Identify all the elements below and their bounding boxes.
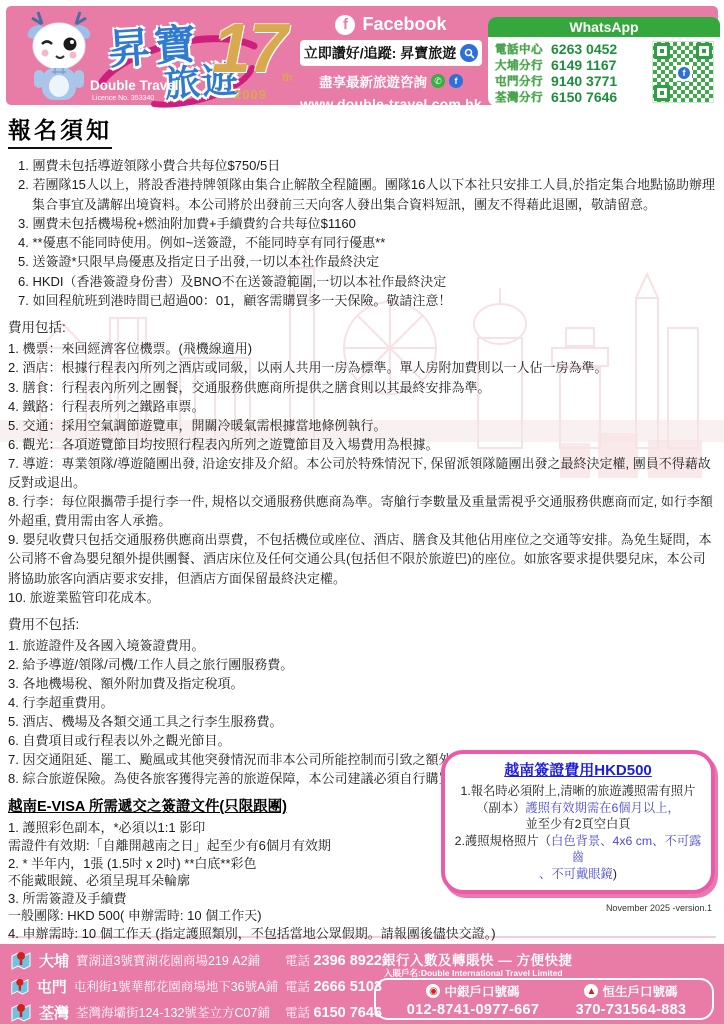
included-item: 1. 機票：來回經濟客位機票。(飛機線適用) — [8, 339, 716, 358]
visa-box-text: （副本） — [476, 801, 525, 815]
branch-phone: 電話 2666 5103 — [285, 977, 382, 995]
notice-item: 4. **優惠不能同時使用。例如~送簽證，不能同時享有同行優惠** — [18, 233, 716, 252]
facebook-tagline: 盡享最新旅遊咨詢 — [319, 71, 427, 91]
branch-phone-label: 電話 — [285, 980, 310, 994]
branch-phone-label: 電話 — [285, 1006, 310, 1020]
whatsapp-icon: ✆ — [431, 74, 445, 88]
bank-headline: 銀行入數及轉賬快 — 方便快捷 — [382, 949, 573, 969]
included-item: 4. 鐵路：行程表所列之鐵路車票。 — [8, 397, 716, 416]
page-title: 報名須知 — [8, 112, 112, 149]
evisa-line: 4. 申辦需時: 10 個工作天 (指定護照類別，不包括當地公眾假期。請報團後儘… — [8, 925, 708, 943]
boc-number: 012-8741-0977-667 — [398, 1002, 548, 1018]
facebook-follow-text: 立即讚好/追蹤: 昇寶旅遊 — [304, 43, 456, 63]
visa-box-text-blue: 、不可戴眼鏡 — [539, 867, 613, 881]
visa-box-text: ) — [613, 867, 617, 881]
whatsapp-row: 大埔分行 6149 1167 — [495, 57, 617, 73]
included-item: 6. 觀光：各項遊覽節目均按照行程表內所列之遊覽節目及入場費用為根據。 — [8, 435, 716, 454]
excluded-item: 2. 給予導遊/領隊/司機/工作人員之旅行團服務費。 — [8, 655, 716, 674]
whatsapp-row: 荃灣分行 6150 7646 — [495, 89, 617, 105]
visa-box-text: 1.報名時必須附上,清晰的旅遊護照需有照片 — [460, 784, 695, 798]
included-item: 2. 酒店：根據行程表內所列之酒店或同級，以兩人共用一房為標準。單人房附加費則以… — [8, 358, 716, 377]
facebook-follow-box: 立即讚好/追蹤: 昇寶旅遊 — [300, 40, 482, 66]
bank-accounts-box: ◉中銀戶口號碼 012-8741-0977-667 ▲恒生戶口號碼 370-73… — [374, 978, 714, 1020]
notice-item: 1. 團費未包括導遊領隊小費合共每位$750/5日 — [18, 156, 716, 175]
whatsapp-row: 屯門分行 9140 3771 — [495, 73, 617, 89]
evisa-line: 一般團隊: HKD 500( 申辦需時: 10 個工作天) — [8, 907, 440, 925]
included-item: 10. 旅遊業監管印花成本。 — [8, 588, 716, 607]
evisa-line: 不能戴眼鏡、必須呈現耳朵輪廓 — [8, 872, 440, 890]
boc-bank-icon: ◉ — [426, 984, 440, 998]
anniversary-number: 17 — [212, 8, 286, 88]
included-item: 8. 行李：每位限攜帶手提行李一件, 規格以交通服務供應商為準。寄艙行李數量及重… — [8, 492, 716, 530]
branch-phone-number: 2396 8922 — [313, 953, 382, 969]
evisa-line: 需證件有效期:「自離開越南之日」起至少有6個月有效期 — [8, 837, 440, 855]
visa-box-line: 並至少有2頁空白頁 — [453, 816, 703, 833]
qr-facebook-logo: f — [676, 65, 692, 81]
whatsapp-panel-title: WhatsApp — [488, 17, 720, 37]
logo-licence: Licence No. 353340 — [92, 95, 154, 102]
visa-box-text-blue: 白色背景、4x6 cm、不可露齒 — [551, 834, 701, 865]
website-url: www.double-travel.com.hk — [300, 96, 482, 112]
evisa-line: 3. 所需簽證及手續費 — [8, 890, 440, 908]
search-icon — [460, 44, 478, 62]
branch-phone: 電話 6150 7646 — [285, 1003, 382, 1021]
excluded-item: 3. 各地機場稅、額外附加費及指定稅項。 — [8, 674, 716, 693]
facebook-title: Facebook — [362, 14, 446, 35]
notice-item: 5. 送簽證*只限早鳥優惠及指定日子出發,一切以本社作最終決定 — [18, 252, 716, 271]
facebook-panel: f Facebook 立即讚好/追蹤: 昇寶旅遊 盡享最新旅遊咨詢 ✆ f ww… — [300, 14, 482, 112]
evisa-list: 1. 護照彩色副本，*必須以1:1 影印 需證件有效期:「自離開越南之日」起至少… — [8, 819, 440, 960]
included-item: 5. 交通：採用空氣調節遊覽車，開關冷暖氣需根據當地條例執行。 — [8, 416, 716, 435]
visa-box-text: 並至少有2頁空白頁 — [525, 817, 630, 831]
whatsapp-row-label: 荃灣分行 — [495, 89, 543, 105]
qr-finder-pattern — [654, 43, 670, 59]
qr-code: f — [652, 41, 714, 103]
map-pin-icon — [10, 949, 32, 971]
branch-phone-number: 2666 5103 — [313, 979, 382, 995]
branch-address: 屯利街1號華都花園商場地下36號A鋪 — [74, 977, 278, 995]
whatsapp-row-number: 6150 7646 — [551, 89, 617, 105]
notice-item: 7. 如回程航班到港時間已超過00：01，顧客需購買多一天保險。敬請注意！ — [18, 291, 716, 310]
branch-phone: 電話 2396 8922 — [285, 951, 382, 969]
whatsapp-number-list: 電話中心 6263 0452 大埔分行 6149 1167 屯門分行 9140 … — [495, 41, 617, 105]
visa-box-line: 2.護照規格照片（白色背景、4x6 cm、不可露齒 — [453, 833, 703, 866]
notice-item: 2. 若團隊15人以上，將設香港持牌領隊由集合止解散全程隨團。團隊16人以下本社… — [18, 175, 716, 214]
whatsapp-row-label: 屯門分行 — [495, 73, 543, 89]
visa-box-line: 1.報名時必須附上,清晰的旅遊護照需有照片 — [453, 783, 703, 800]
whatsapp-row-number: 6263 0452 — [551, 41, 617, 57]
branch-name: 大埔 — [39, 950, 69, 971]
whatsapp-row-label: 大埔分行 — [495, 57, 543, 73]
whatsapp-panel: WhatsApp 電話中心 6263 0452 大埔分行 6149 1167 屯… — [488, 17, 720, 106]
included-list: 1. 機票：來回經濟客位機票。(飛機線適用) 2. 酒店：根據行程表內所列之酒店… — [8, 339, 716, 606]
included-heading: 費用包括: — [8, 318, 716, 337]
facebook-icon: f — [335, 15, 355, 35]
visa-box-line: （副本）護照有效期需在6個月以上， — [453, 800, 703, 817]
map-pin-icon — [10, 1001, 32, 1023]
whatsapp-row-number: 6149 1167 — [551, 57, 616, 73]
included-item: 9. 嬰兒收費只包括交通服務供應商出票費，不包括機位或座位、酒店、膳食及其他佔用… — [8, 530, 716, 587]
hangseng-account: ▲恒生戶口號碼 370-731564-883 — [556, 982, 706, 1018]
hangseng-bank-icon: ▲ — [584, 984, 598, 998]
notice-item: 3. 團費未包括機場稅+燃油附加費+手續費約合共每位$1160 — [18, 214, 716, 233]
notice-item: 6. HKDI（香港簽證身份書）及BNO不在送簽證範圍,一切以本社作最終決定 — [18, 272, 716, 291]
branch-phone-label: 電話 — [285, 954, 310, 968]
anniversary-year: 2009 — [234, 87, 267, 102]
header-banner: 昇寶 旅遊 Double Travel Licence No. 353340 1… — [6, 6, 718, 105]
branch-row-taipo: 大埔 寶湖道3號寶湖花園商場219 A2鋪 電話 2396 8922 — [10, 949, 382, 971]
branch-row-tsuenwan: 荃灣 荃灣海壩街124-132號荃立方C07鋪 電話 6150 7646 — [10, 1001, 382, 1023]
visa-box-line: 、不可戴眼鏡) — [453, 866, 703, 883]
visa-box-title: 越南簽證費用HKD500 — [453, 759, 703, 780]
hangseng-label: 恒生戶口號碼 — [602, 982, 677, 1000]
evisa-line: 2. * 半年内，1張 (1.5吋 x 2吋) **白底**彩色 — [8, 855, 440, 873]
vietnam-visa-fee-box: 越南簽證費用HKD500 1.報名時必須附上,清晰的旅遊護照需有照片 （副本）護… — [441, 750, 715, 894]
excluded-item: 6. 自費項目或行程表以外之觀光節目。 — [8, 731, 716, 750]
facebook-title-row: f Facebook — [300, 14, 482, 35]
included-item: 3. 膳食：行程表內所列之團餐，交通服務供應商所提供之膳食則以其最終安排為準。 — [8, 378, 716, 397]
visa-box-text: 2.護照規格照片（ — [455, 834, 551, 848]
branch-row-tuenmun: 屯門 屯利街1號華都花園商場地下36號A鋪 電話 2666 5103 — [10, 975, 382, 997]
whatsapp-row-label: 電話中心 — [495, 41, 543, 57]
excluded-item: 5. 酒店、機場及各類交通工具之行李生服務費。 — [8, 712, 716, 731]
logo-english: Double Travel — [90, 78, 179, 93]
qr-finder-pattern — [654, 85, 670, 101]
branch-phone-number: 6150 7646 — [313, 1005, 382, 1021]
visa-box-text-blue: 護照有效期需在6個月以上， — [525, 801, 679, 815]
excluded-heading: 費用不包括: — [8, 615, 716, 634]
qr-finder-pattern — [696, 43, 712, 59]
branch-name: 荃灣 — [39, 1002, 69, 1023]
evisa-line: 1. 護照彩色副本，*必須以1:1 影印 — [8, 819, 440, 837]
map-pin-icon — [10, 975, 30, 997]
boc-account: ◉中銀戶口號碼 012-8741-0977-667 — [398, 982, 548, 1018]
whatsapp-row: 電話中心 6263 0452 — [495, 41, 617, 57]
facebook-tagline-row: 盡享最新旅遊咨詢 ✆ f — [300, 71, 482, 91]
boc-label: 中銀戶口號碼 — [444, 982, 519, 1000]
version-label: November 2025 -version.1 — [606, 903, 712, 913]
hangseng-number: 370-731564-883 — [556, 1002, 706, 1018]
branch-address: 寶湖道3號寶湖花園商場219 A2鋪 — [76, 951, 278, 969]
footer-banner: 大埔 寶湖道3號寶湖花園商場219 A2鋪 電話 2396 8922 屯門 屯利… — [0, 944, 724, 1024]
anniversary-suffix: th — [282, 72, 292, 84]
whatsapp-row-number: 9140 3771 — [551, 73, 617, 89]
excluded-item: 4. 行李超重費用。 — [8, 693, 716, 712]
facebook-mini-icon: f — [449, 74, 463, 88]
included-item: 7. 導遊：專業領隊/導遊隨團出發, 沿途安排及介紹。本公司於特殊情況下, 保留… — [8, 454, 716, 492]
branch-address: 荃灣海壩街124-132號荃立方C07鋪 — [76, 1003, 278, 1021]
excluded-item: 1. 旅遊證件及各國入境簽證費用。 — [8, 636, 716, 655]
branch-name: 屯門 — [37, 976, 67, 997]
notice-list: 1. 團費未包括導遊領隊小費合共每位$750/5日 2. 若團隊15人以上，將設… — [18, 156, 716, 310]
